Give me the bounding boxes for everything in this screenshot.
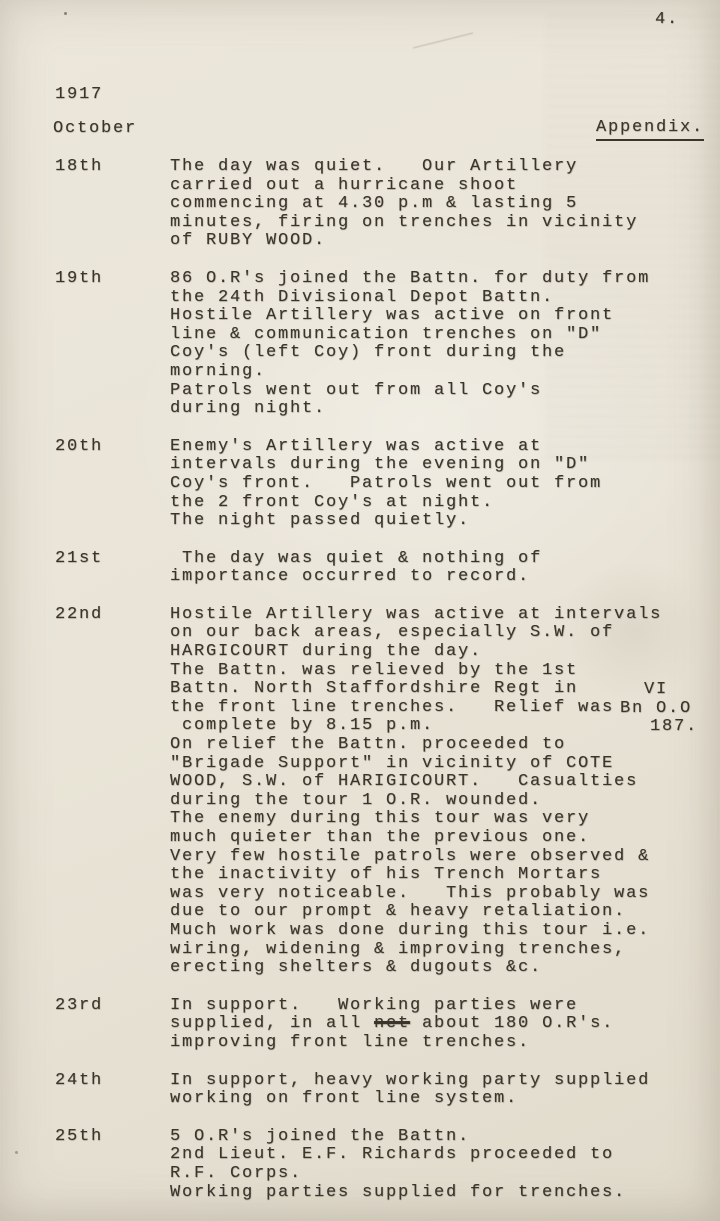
entry-text: The day was quiet. Our Artillery carried… — [170, 158, 688, 251]
paper-speck — [64, 12, 67, 15]
entry-text: 86 O.R's joined the Battn. for duty from… — [170, 270, 688, 419]
war-diary-page: 4. 1917 October Appendix. 18th The day w… — [0, 0, 720, 1221]
entry-date: 25th — [55, 1128, 170, 1202]
paper-scratch — [413, 33, 473, 49]
margin-note-line: Bn O.O — [620, 700, 700, 719]
diary-entry-22nd: 22nd Hostile Artillery was active at int… — [55, 606, 703, 978]
margin-note-line: VI — [620, 681, 700, 700]
diary-entry-18th: 18th The day was quiet. Our Artillery ca… — [55, 158, 703, 251]
appendix-heading: Appendix. — [596, 119, 704, 141]
entry-date: 22nd — [55, 606, 170, 978]
year-label: 1917 — [55, 86, 103, 105]
page-number: 4. — [655, 11, 679, 30]
diary-entry-23rd: 23rd In support. Working parties were su… — [55, 997, 703, 1053]
paper-speck — [15, 1151, 18, 1154]
month-label: October — [53, 120, 137, 139]
entry-date: 18th — [55, 158, 170, 251]
entry-date: 23rd — [55, 997, 170, 1053]
diary-entry-20th: 20th Enemy's Artillery was active at int… — [55, 438, 703, 531]
diary-entries: 18th The day was quiet. Our Artillery ca… — [55, 158, 703, 1221]
diary-entry-19th: 19th 86 O.R's joined the Battn. for duty… — [55, 270, 703, 419]
entry-text: 5 O.R's joined the Battn. 2nd Lieut. E.F… — [170, 1128, 688, 1202]
struck-word: net — [374, 1014, 410, 1033]
entry-date: 21st — [55, 550, 170, 587]
margin-note: VI Bn O.O 187. — [620, 681, 700, 737]
diary-entry-25th: 25th 5 O.R's joined the Battn. 2nd Lieut… — [55, 1128, 703, 1202]
entry-date: 20th — [55, 438, 170, 531]
diary-entry-21st: 21st The day was quiet & nothing of impo… — [55, 550, 703, 587]
entry-text: Enemy's Artillery was active at interval… — [170, 438, 688, 531]
entry-text: Hostile Artillery was active at interval… — [170, 606, 688, 978]
entry-text: In support, heavy working party supplied… — [170, 1072, 688, 1109]
entry-date: 24th — [55, 1072, 170, 1109]
entry-text: The day was quiet & nothing of importanc… — [170, 550, 688, 587]
entry-date: 19th — [55, 270, 170, 419]
margin-note-line: 187. — [620, 718, 700, 737]
diary-entry-24th: 24th In support, heavy working party sup… — [55, 1072, 703, 1109]
entry-text: In support. Working parties were supplie… — [170, 997, 688, 1053]
